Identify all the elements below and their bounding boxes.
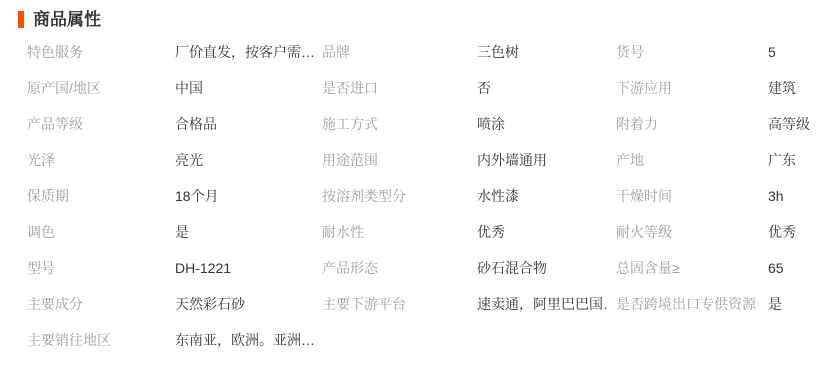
- attribute-value: 砂石混合物: [477, 258, 608, 278]
- attribute-value: 是: [768, 294, 827, 314]
- attribute-value: 建筑: [768, 78, 827, 98]
- attribute-value: 亮光: [175, 150, 314, 170]
- attribute-value: 3h: [768, 188, 827, 204]
- attributes-grid: 特色服务 厂价直发，按客户需… 品牌 三色树 货号 5 原产国/地区 中国 是否…: [0, 34, 835, 358]
- attribute-value: 内外墙通用: [477, 150, 608, 170]
- attribute-pair: 原产国/地区 中国: [27, 78, 322, 98]
- attribute-value: 高等级: [768, 114, 827, 134]
- attribute-pair: 是否跨境出口专供资源 是: [616, 294, 835, 314]
- attribute-label: 下游应用: [616, 78, 768, 98]
- attribute-label: 附着力: [616, 114, 768, 134]
- attribute-pair: 干燥时间 3h: [616, 186, 835, 206]
- attribute-label: 光泽: [27, 150, 175, 170]
- attribute-label: 产品等级: [27, 114, 175, 134]
- attribute-value: 喷涂: [477, 114, 608, 134]
- attribute-label: 型号: [27, 258, 175, 278]
- attribute-value: 5: [768, 44, 827, 60]
- attribute-value: 是: [175, 222, 314, 242]
- attribute-pair: 按溶剂类型分 水性漆: [322, 186, 616, 206]
- attribute-pair: 保质期 18个月: [27, 186, 322, 206]
- attribute-value: 中国: [175, 78, 314, 98]
- attribute-label: 品牌: [322, 42, 477, 62]
- attribute-pair: 下游应用 建筑: [616, 78, 835, 98]
- section-accent-bar: [18, 11, 24, 28]
- attribute-value: 65: [768, 260, 827, 276]
- attribute-pair: 货号 5: [616, 42, 835, 62]
- attribute-label: 主要销往地区: [27, 330, 175, 350]
- attribute-value: 厂价直发，按客户需…: [175, 42, 314, 62]
- attribute-label: 主要成分: [27, 294, 175, 314]
- attribute-label: 货号: [616, 42, 768, 62]
- attribute-value: 合格品: [175, 114, 314, 134]
- attribute-pair: 主要成分 天然彩石砂: [27, 294, 322, 314]
- attribute-pair: 光泽 亮光: [27, 150, 322, 170]
- attribute-pair: 特色服务 厂价直发，按客户需…: [27, 42, 322, 62]
- attribute-pair: 产品形态 砂石混合物: [322, 258, 616, 278]
- attribute-pair: 附着力 高等级: [616, 114, 835, 134]
- attribute-label: 施工方式: [322, 114, 477, 134]
- attribute-pair: 总固含量≥ 65: [616, 258, 835, 278]
- attribute-value: 东南亚，欧洲。亚洲…: [175, 330, 314, 350]
- attribute-label: 用途范围: [322, 150, 477, 170]
- attribute-pair: 产品等级 合格品: [27, 114, 322, 134]
- attribute-value: 否: [477, 78, 608, 98]
- attribute-label: 调色: [27, 222, 175, 242]
- attribute-label: 耐火等级: [616, 222, 768, 242]
- attribute-value: 天然彩石砂: [175, 294, 314, 314]
- attribute-pair: 型号 DH-1221: [27, 258, 322, 278]
- attribute-label: 特色服务: [27, 42, 175, 62]
- attribute-pair: 品牌 三色树: [322, 42, 616, 62]
- attribute-label: 主要下游平台: [322, 294, 477, 314]
- attribute-pair: 主要下游平台 速卖通，阿里巴巴国…: [322, 294, 616, 314]
- attribute-label: 是否进口: [322, 78, 477, 98]
- attribute-label: 耐水性: [322, 222, 477, 242]
- attribute-label: 原产国/地区: [27, 78, 175, 98]
- product-attributes-section: 商品属性 特色服务 厂价直发，按客户需… 品牌 三色树 货号 5 原产国/地区 …: [0, 0, 835, 371]
- attribute-value: 广东: [768, 150, 827, 170]
- attribute-label: 产地: [616, 150, 768, 170]
- attribute-pair: 调色 是: [27, 222, 322, 242]
- attribute-label: 是否跨境出口专供资源: [616, 294, 768, 314]
- attribute-value: 三色树: [477, 42, 608, 62]
- attribute-pair: 耐火等级 优秀: [616, 222, 835, 242]
- attribute-pair: 用途范围 内外墙通用: [322, 150, 616, 170]
- attribute-value: 水性漆: [477, 186, 608, 206]
- attribute-value: 速卖通，阿里巴巴国…: [477, 294, 608, 314]
- attribute-value: 优秀: [477, 222, 608, 242]
- attribute-pair: 施工方式 喷涂: [322, 114, 616, 134]
- attribute-value: 18个月: [175, 186, 314, 206]
- section-title: 商品属性: [33, 11, 101, 28]
- attribute-label: 干燥时间: [616, 186, 768, 206]
- attribute-label: 保质期: [27, 186, 175, 206]
- section-header: 商品属性: [0, 0, 835, 28]
- attribute-label: 按溶剂类型分: [322, 186, 477, 206]
- attribute-pair: 是否进口 否: [322, 78, 616, 98]
- attribute-label: 产品形态: [322, 258, 477, 278]
- attribute-pair: 主要销往地区 东南亚，欧洲。亚洲…: [27, 330, 322, 350]
- attribute-value: DH-1221: [175, 260, 314, 276]
- attribute-label: 总固含量≥: [616, 258, 768, 278]
- attribute-value: 优秀: [768, 222, 827, 242]
- attribute-pair: 产地 广东: [616, 150, 835, 170]
- attribute-pair: 耐水性 优秀: [322, 222, 616, 242]
